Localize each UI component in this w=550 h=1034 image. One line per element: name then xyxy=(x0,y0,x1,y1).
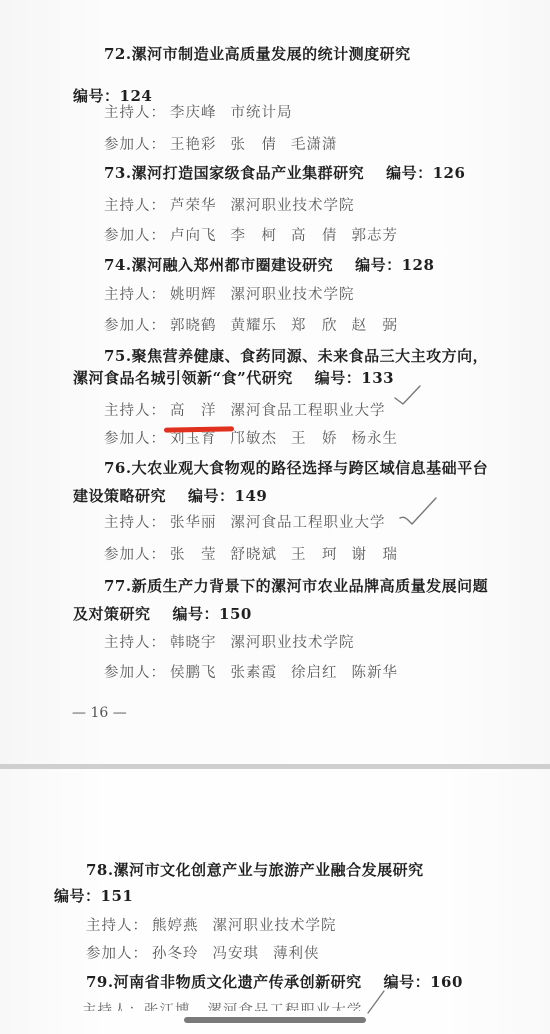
document-page-17: 78.漯河市文化创意产业与旅游产业融合发展研究 编号：151 主持人：熊婷燕漯河… xyxy=(0,769,550,1034)
title-text: 建设策略研究 xyxy=(73,487,166,505)
code-label: 编号： xyxy=(188,487,235,505)
code-value: 128 xyxy=(402,256,435,274)
host-org: 漯河职业技术学院 xyxy=(231,198,355,214)
host-name: 熊婷燕 xyxy=(152,918,199,934)
code-value: 150 xyxy=(219,605,252,623)
item-74-title: 74.漯河融入郑州都市圈建设研究编号：128 xyxy=(104,255,434,275)
code-label: 编号： xyxy=(384,973,431,991)
document-page-16: 72.漯河市制造业高质量发展的统计测度研究 编号：124 主持人：李庆峰市统计局… xyxy=(0,0,550,764)
participant: 王 珂 xyxy=(291,547,338,563)
participant: 黄耀乐 xyxy=(231,318,278,334)
code-label: 编号： xyxy=(355,256,402,274)
participant: 王 娇 xyxy=(291,431,338,447)
code-label: 编号： xyxy=(315,369,362,387)
code-value: 151 xyxy=(101,887,134,905)
host-org: 漯河职业技术学院 xyxy=(213,918,337,934)
code-value: 126 xyxy=(433,164,466,182)
item-75-title-line2: 漯河食品名城引领新“食”代研究编号：133 xyxy=(73,368,394,388)
participant: 陈新华 xyxy=(352,665,399,681)
host-org: 漯河食品工程职业大学 xyxy=(231,515,386,531)
code-value: 133 xyxy=(361,369,394,387)
host-name: 韩晓宇 xyxy=(170,635,217,651)
item-75-participants: 参加人：刘玉育邝敏杰王 娇杨永生 xyxy=(104,429,398,449)
item-75-host: 主持人：高 洋漯河食品工程职业大学 xyxy=(104,401,386,421)
checkmark-icon xyxy=(366,989,386,1015)
code-label: 编号： xyxy=(173,605,220,623)
title-text: 漯河食品名城引领新“食”代研究 xyxy=(73,369,293,387)
item-78-host: 主持人：熊婷燕漯河职业技术学院 xyxy=(86,916,337,936)
participant: 谢 瑞 xyxy=(352,547,399,563)
host-org: 漯河职业技术学院 xyxy=(231,287,355,303)
item-76-host: 主持人：张华丽漯河食品工程职业大学 xyxy=(104,513,386,533)
item-77-participants: 参加人：侯鹏飞张素霞徐启红陈新华 xyxy=(104,663,398,683)
item-72-host: 主持人：李庆峰市统计局 xyxy=(104,103,293,123)
participants-label: 参加人： xyxy=(86,946,148,962)
host-label: 主持人： xyxy=(82,1001,144,1011)
title-text: 79.河南省非物质文化遗产传承创新研究 xyxy=(86,973,362,991)
item-74-host: 主持人：姚明辉漯河职业技术学院 xyxy=(104,285,355,305)
host-label: 主持人： xyxy=(104,105,166,121)
participant: 张 莹 xyxy=(170,547,217,563)
item-74-participants: 参加人：郭晓鹤黄耀乐郑 欣赵 弼 xyxy=(104,316,398,336)
participant: 郭志芳 xyxy=(352,228,399,244)
item-75-title-line1: 75.聚焦营养健康、食药同源、未来食品三大主攻方向， xyxy=(104,346,488,366)
code-value: 149 xyxy=(235,487,268,505)
participant: 郑 欣 xyxy=(291,318,338,334)
participants-label: 参加人： xyxy=(104,228,166,244)
participant: 高 倩 xyxy=(291,228,338,244)
item-73-host: 主持人：芦荣华漯河职业技术学院 xyxy=(104,196,355,216)
host-label: 主持人： xyxy=(104,287,166,303)
item-78-title: 78.漯河市文化创意产业与旅游产业融合发展研究 xyxy=(86,860,424,880)
item-72-title: 72.漯河市制造业高质量发展的统计测度研究 xyxy=(104,44,411,64)
title-text: 及对策研究 xyxy=(73,605,151,623)
host-name: 芦荣华 xyxy=(170,198,217,214)
participant: 张素霞 xyxy=(231,665,278,681)
item-79-title: 79.河南省非物质文化遗产传承创新研究编号：160 xyxy=(86,972,463,992)
page-number: — 16 — xyxy=(72,705,127,721)
item-73-title: 73.漯河打造国家级食品产业集群研究编号：126 xyxy=(104,163,465,183)
participants-label: 参加人： xyxy=(104,547,166,563)
host-org: 漯河职业技术学院 xyxy=(231,635,355,651)
item-78-participants: 参加人：孙冬玲冯安琪薄利侠 xyxy=(86,944,320,964)
code-label: 编号： xyxy=(386,164,433,182)
host-label: 主持人： xyxy=(104,403,166,419)
host-label: 主持人： xyxy=(104,635,166,651)
item-76-title-line2: 建设策略研究编号：149 xyxy=(73,486,267,506)
item-73-participants: 参加人：卢向飞李 柯高 倩郭志芳 xyxy=(104,226,398,246)
item-76-title-line1: 76.大农业观大食物观的路径选择与跨区域信息基础平台 xyxy=(104,458,488,478)
participant: 刘玉育 xyxy=(170,431,217,447)
host-name: 高 洋 xyxy=(170,403,217,419)
host-org: 市统计局 xyxy=(231,105,293,121)
participant: 舒晓斌 xyxy=(231,547,278,563)
participant: 赵 弼 xyxy=(352,318,399,334)
host-org: 漯河食品工程职业大学 xyxy=(207,1001,362,1011)
host-label: 主持人： xyxy=(104,198,166,214)
item-72-participants: 参加人：王艳彩张 倩毛潇潇 xyxy=(104,135,338,155)
participant: 孙冬玲 xyxy=(152,946,199,962)
host-label: 主持人： xyxy=(104,515,166,531)
item-79-host-cutoff: 主持人：张江博 漯河食品工程职业大学 xyxy=(82,1001,362,1011)
participant: 王艳彩 xyxy=(170,137,217,153)
host-label: 主持人： xyxy=(86,918,148,934)
participants-label: 参加人： xyxy=(104,137,166,153)
code-label: 编号： xyxy=(54,887,101,905)
participant: 卢向飞 xyxy=(170,228,217,244)
host-name: 张华丽 xyxy=(170,515,217,531)
item-77-title-line2: 及对策研究编号：150 xyxy=(73,604,252,624)
participants-label: 参加人： xyxy=(104,431,166,447)
host-org: 漯河食品工程职业大学 xyxy=(231,403,386,419)
code-value: 160 xyxy=(430,973,463,991)
participant: 郭晓鹤 xyxy=(170,318,217,334)
participant: 薄利侠 xyxy=(273,946,320,962)
participant: 杨永生 xyxy=(352,431,399,447)
participant: 毛潇潇 xyxy=(291,137,338,153)
participant: 邝敏杰 xyxy=(231,431,278,447)
item-77-host: 主持人：韩晓宇漯河职业技术学院 xyxy=(104,633,355,653)
participant: 徐启红 xyxy=(291,665,338,681)
participants-label: 参加人： xyxy=(104,318,166,334)
participants-label: 参加人： xyxy=(104,665,166,681)
participant: 冯安琪 xyxy=(213,946,260,962)
title-text: 73.漯河打造国家级食品产业集群研究 xyxy=(104,164,364,182)
host-name: 李庆峰 xyxy=(170,105,217,121)
host-name: 姚明辉 xyxy=(170,287,217,303)
host-name: 张江博 xyxy=(144,1001,191,1011)
checkmark-icon xyxy=(398,496,438,530)
participant: 张 倩 xyxy=(231,137,278,153)
checkmark-icon xyxy=(393,384,423,408)
item-77-title-line1: 77.新质生产力背景下的漯河市农业品牌高质量发展问题 xyxy=(104,576,488,596)
title-text: 74.漯河融入郑州都市圈建设研究 xyxy=(104,256,333,274)
home-indicator-bar[interactable] xyxy=(184,1017,366,1023)
participant: 李 柯 xyxy=(231,228,278,244)
participant: 侯鹏飞 xyxy=(170,665,217,681)
item-76-participants: 参加人：张 莹舒晓斌王 珂谢 瑞 xyxy=(104,545,398,565)
item-78-code: 编号：151 xyxy=(54,886,133,906)
